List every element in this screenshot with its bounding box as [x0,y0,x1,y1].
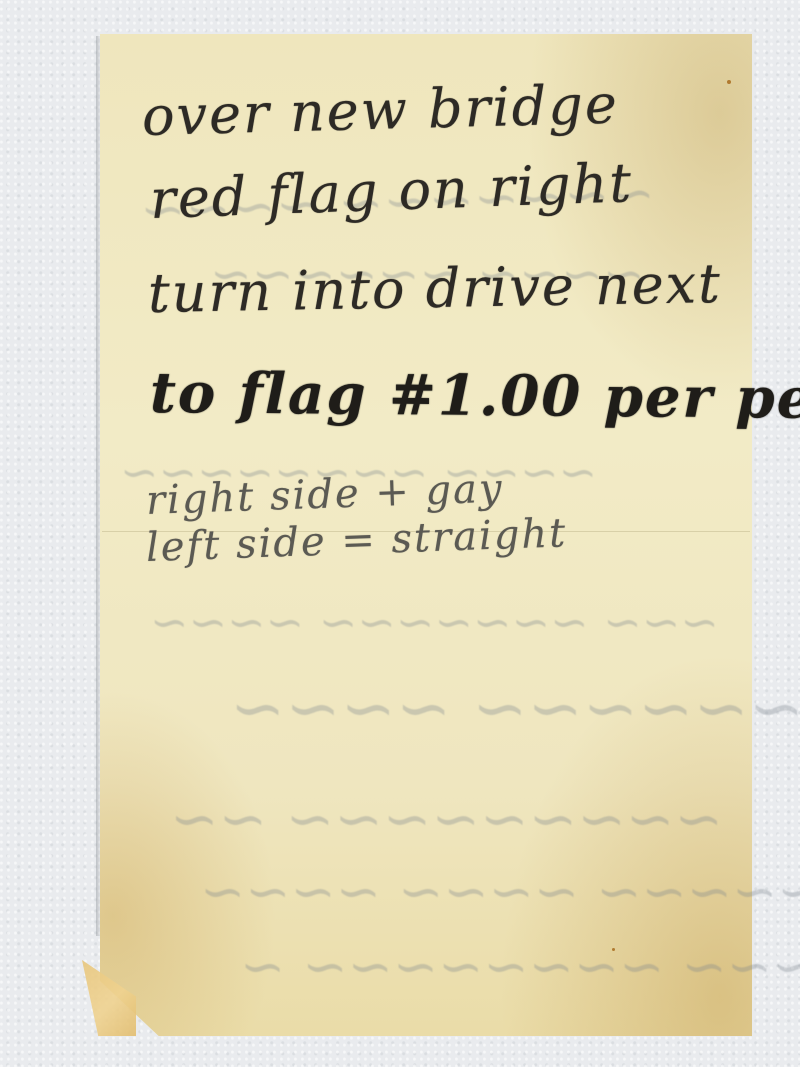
note-paper [100,34,752,1036]
paper-crease [102,531,750,532]
stain-spot [612,948,615,951]
stain-spot [727,80,731,84]
